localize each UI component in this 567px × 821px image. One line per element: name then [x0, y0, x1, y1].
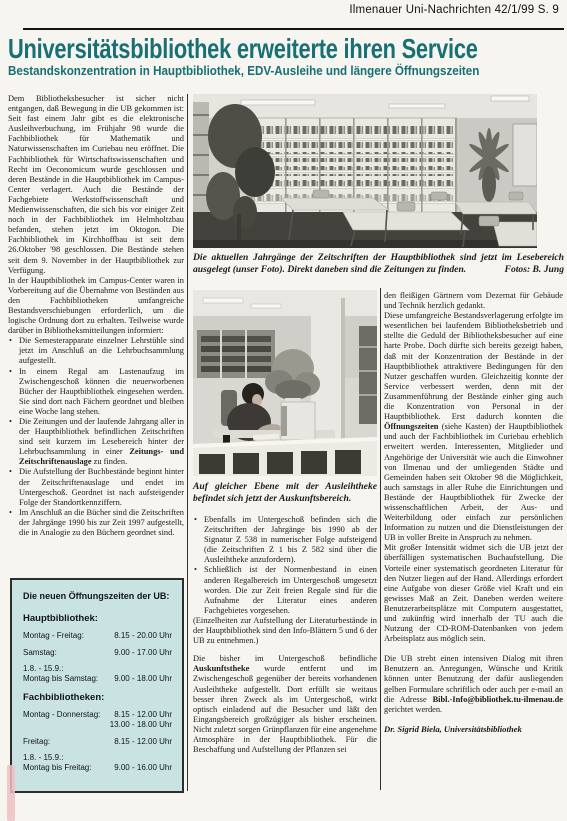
bullet-item: •Im Anschluß an die Bücher sind die Zeit…	[8, 508, 184, 538]
bullet-item: •Die Zeitungen und der laufende Jahrgang…	[8, 417, 184, 467]
window	[513, 124, 537, 186]
column-divider-1	[187, 94, 188, 791]
article-subtitle: Bestandskonzentration in Hauptbibliothek…	[8, 63, 479, 78]
paragraph: den fleißigen Gärtnern vom Dezernat für …	[384, 291, 563, 311]
newspaper-page: Ilmenauer Uni-Nachrichten 42/1/99 S. 9 U…	[0, 0, 567, 821]
byline: Dr. Sigrid Biela, Universitätsbibliothek	[384, 724, 563, 734]
column-3: den fleißigen Gärtnern vom Dezernat für …	[384, 291, 563, 734]
background-shelves	[197, 330, 275, 378]
hours-row: Freitag: 8.15 - 12.00 Uhr	[23, 737, 172, 747]
bullet-marker: •	[9, 417, 12, 427]
bullet-item: •Die Aufstellung der Buchbestände beginn…	[8, 467, 184, 507]
opening-hours-title: Die neuen Öffnungszeiten der UB:	[23, 591, 165, 602]
paragraph: Mit großer Intensität widmet sich die UB…	[384, 543, 563, 644]
hours-row: Montag - Freitag: 8.15 - 20.00 Uhr	[23, 631, 172, 641]
opening-hours-box: Die neuen Öffnungszeiten der UB: Hauptbi…	[10, 578, 184, 793]
right-shelf	[359, 326, 377, 424]
bullet-marker: •	[9, 367, 12, 377]
photo1-caption: Die aktuellen Jahrgänge der Zeitschrifte…	[193, 252, 564, 276]
photo-credit: Fotos: B. Jung	[505, 264, 564, 276]
bullet-marker: •	[194, 565, 197, 575]
photo-reading-area-illustration	[193, 94, 537, 248]
column-1: Dem Bibliotheksbesucher ist sicher nicht…	[8, 94, 184, 538]
bullet-marker: •	[9, 508, 12, 518]
bullet-item: •Die Semesterapparate einzelner Lehrstüh…	[8, 336, 184, 366]
paragraph: Die bisher im Untergeschoß befindliche A…	[193, 654, 377, 755]
scan-bleed-strip	[7, 765, 15, 821]
bullet-item: •In einem Regal am Lastenaufzug im Zwisc…	[8, 367, 184, 417]
photo-reading-area	[193, 94, 537, 248]
bullet-marker: •	[9, 467, 12, 477]
bullet-marker: •	[194, 515, 197, 525]
bullet-item: •Ebenfalls im Untergeschoß befinden sich…	[193, 515, 377, 565]
pillar	[311, 298, 345, 442]
masthead: Ilmenauer Uni-Nachrichten 42/1/99 S. 9	[349, 4, 559, 16]
bullet-item: •Schließlich ist der Normenbestand in ei…	[193, 565, 377, 615]
paragraph: Diese umfangreiche Bestandsverlagerung e…	[384, 311, 563, 543]
hours-section-hauptbibliothek: Hauptbibliothek:	[23, 613, 172, 624]
hours-row: 1.8. - 15.9.:Montag bis Freitag: 9.00 - …	[23, 753, 172, 772]
column-2: •Ebenfalls im Untergeschoß befinden sich…	[193, 515, 377, 755]
paragraph: In der Hauptbibliothek im Campus-Center …	[8, 276, 184, 337]
column-divider-2	[380, 288, 381, 790]
photo-information-desk	[193, 290, 377, 476]
paragraph: Die UB strebt einen intensiven Dialog mi…	[384, 654, 563, 715]
bullet-marker: •	[9, 336, 12, 346]
paragraph: Dem Bibliotheksbesucher ist sicher nicht…	[8, 94, 184, 276]
masthead-rule	[23, 28, 564, 30]
hours-row: 1.8. - 15.9.:Montag bis Samstag: 9.00 - …	[23, 664, 172, 683]
note-paragraph: (Einzelheiten zur Aufstellung der Litera…	[193, 616, 377, 646]
hours-row: Montag - Donnerstag: 8.15 - 12.00 Uhr13.…	[23, 710, 172, 729]
hours-section-fachbibliotheken: Fachbibliotheken:	[23, 692, 172, 703]
article-title: Universitätsbibliothek erweiterte ihren …	[8, 33, 478, 65]
photo2-caption: Auf gleicher Ebene mit der Ausleihtheke …	[193, 481, 377, 505]
hours-row: Samstag: 9.00 - 17.00 Uhr	[23, 648, 172, 658]
photo-information-desk-illustration	[193, 290, 377, 476]
